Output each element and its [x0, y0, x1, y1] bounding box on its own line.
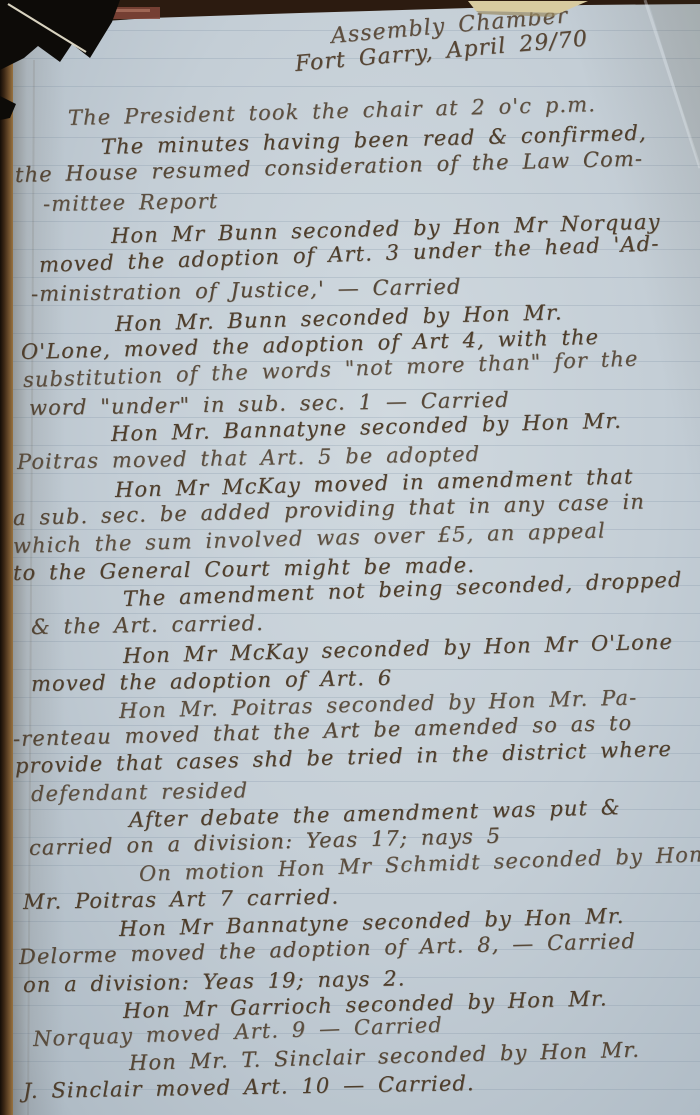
binder-clip-foot — [0, 96, 16, 120]
paper-crease-shade — [648, 0, 700, 168]
gutter-crease — [28, 60, 34, 1115]
scan-artifacts — [0, 0, 700, 1115]
page-edge-wedge — [468, 1, 588, 13]
manuscript-page: Assembly ChamberFort Garry, April 29/70T… — [0, 0, 700, 1115]
